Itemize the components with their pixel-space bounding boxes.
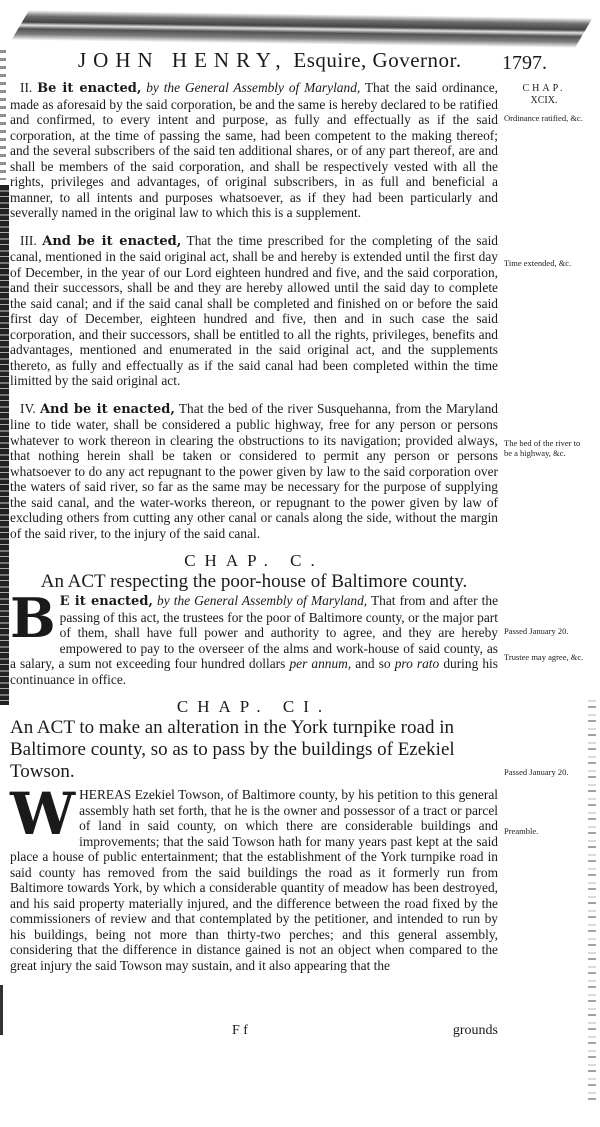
section-ii: II. Be it enacted, by the General Assemb…	[10, 80, 498, 221]
document-body: II. Be it enacted, by the General Assemb…	[10, 80, 498, 983]
drop-cap-w: W	[10, 789, 75, 839]
margin-note-trustee: Trustee may agree, &c.	[504, 652, 584, 662]
chapter-c-heading: CHAP. C.	[10, 551, 498, 571]
margin-note-passed-c: Passed January 20.	[504, 626, 584, 636]
page-title: JOHN HENRY, Esquire, Governor.	[78, 48, 462, 73]
chapter-ci-heading: CHAP. CI.	[10, 697, 498, 717]
scan-edge-right	[588, 700, 596, 1100]
margin-chap-number: XCIX.	[504, 96, 584, 106]
margin-note-ordinance: Ordinance ratified, &c.	[504, 113, 584, 123]
catchword: grounds	[453, 1023, 498, 1039]
signature-mark: F f	[232, 1023, 248, 1039]
margin-note-time-extended: Time extended, &c.	[504, 258, 584, 268]
margin-note-preamble: Preamble.	[504, 826, 584, 836]
margin-chap-label: CHAP.	[504, 84, 584, 94]
page-footer: F f grounds	[10, 1023, 498, 1041]
chapter-ci-body: W HEREAS Ezekiel Towson, of Baltimore co…	[10, 787, 498, 973]
margin-note-river-bed: The bed of the river to be a highway, &c…	[504, 438, 584, 458]
section-lead: Be it enacted,	[37, 81, 141, 96]
scan-edge-left-lower	[0, 985, 3, 1035]
section-iii: III. And be it enacted, That the time pr…	[10, 233, 498, 389]
section-lead: And be it enacted,	[40, 402, 175, 417]
running-header: JOHN HENRY, Esquire, Governor. 1797.	[0, 48, 600, 80]
scan-edge-left	[0, 185, 9, 705]
drop-cap-b: B	[10, 595, 56, 641]
margin-note-passed-ci: Passed January 20.	[504, 767, 584, 777]
chapter-c-body: B E it enacted, by the General Assembly …	[10, 593, 498, 687]
page-year: 1797.	[502, 52, 547, 75]
chapter-c-title: An ACT respecting the poor-house of Balt…	[10, 571, 498, 593]
section-iv: IV. And be it enacted, That the bed of t…	[10, 401, 498, 542]
chapter-ci-title: An ACT to make an alteration in the York…	[10, 717, 498, 783]
section-lead: And be it enacted,	[42, 234, 181, 249]
scan-artifact-top	[11, 10, 592, 48]
